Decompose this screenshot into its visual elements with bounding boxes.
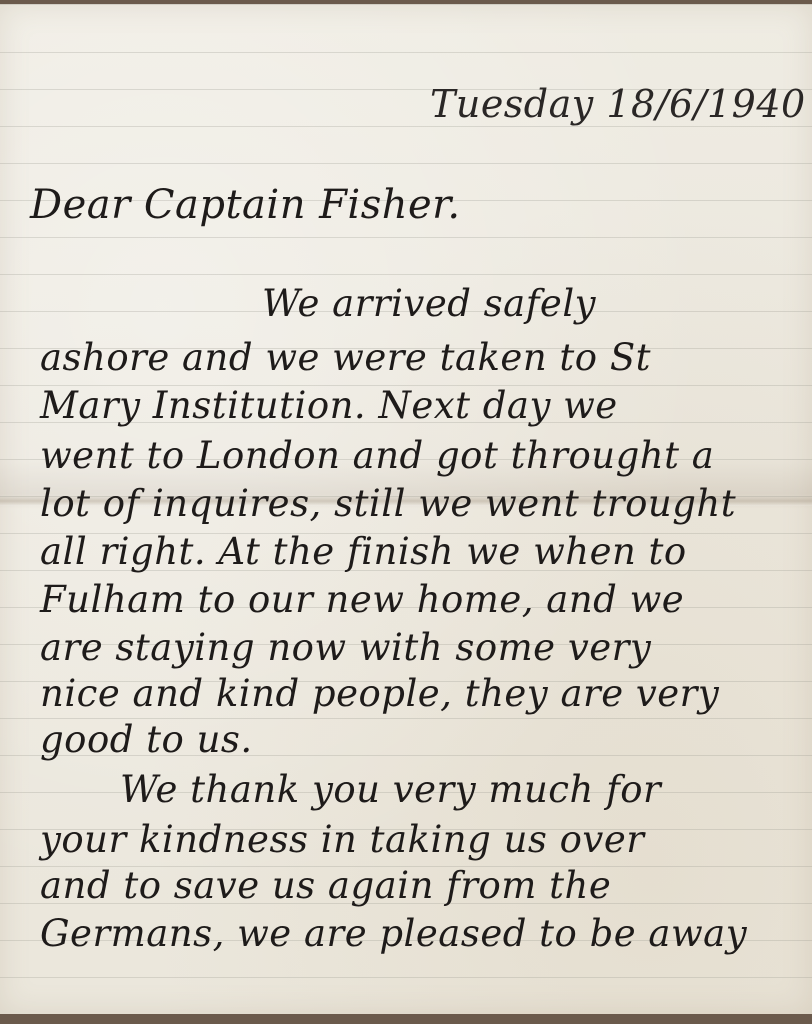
salutation: Dear Captain Fisher.: [30, 182, 461, 228]
body-line: Germans, we are pleased to be away: [40, 912, 747, 955]
body-line: We thank you very much for: [120, 768, 661, 811]
letter-paper: Tuesday 18/6/1940 Dear Captain Fisher. W…: [0, 4, 812, 1014]
body-line: Mary Institution. Next day we: [40, 384, 618, 427]
body-line: good to us.: [40, 718, 253, 761]
body-line: your kindness in taking us over: [40, 818, 644, 861]
body-line: are staying now with some very: [40, 626, 651, 669]
body-line: and to save us again from the: [40, 864, 611, 907]
body-line: all right. At the finish we when to: [40, 530, 687, 573]
letter-date: Tuesday 18/6/1940: [430, 82, 806, 126]
body-line: ashore and we were taken to St: [40, 336, 651, 379]
body-line: We arrived safely: [262, 282, 596, 325]
body-line: went to London and got throught a: [40, 434, 714, 477]
body-line: nice and kind people, they are very: [40, 672, 719, 715]
body-line: lot of inquires, still we went trought: [40, 482, 736, 525]
body-line: Fulham to our new home, and we: [40, 578, 684, 621]
